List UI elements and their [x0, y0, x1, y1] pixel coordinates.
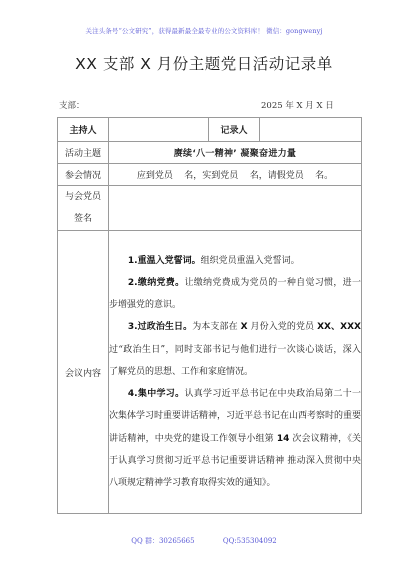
content-item-3-heading: 3.过政治生日。	[128, 322, 192, 332]
recorder-label: 记录人	[209, 118, 260, 142]
content-item-3-body-pre: 为本支部在	[192, 322, 240, 332]
signature-field[interactable]	[109, 186, 362, 231]
content-item-2: 2.缴纳党费。让缴纳党费成为党员的一种自觉习惯，进一步增强党的意识。	[109, 272, 361, 316]
table-row-topic: 活动主题 赓续‘八一精神’ 凝聚奋进力量	[58, 142, 362, 164]
table-row-attendance: 参会情况 应到党员 名，实到党员 名，请假党员 名。	[58, 164, 362, 186]
branch-label: 支部：	[59, 99, 85, 111]
content-item-2-heading: 2.缴纳党费。	[128, 278, 185, 288]
host-label: 主持人	[58, 118, 109, 142]
table-row-host: 主持人 记录人	[58, 118, 362, 142]
content-label: 会议内容	[58, 231, 109, 514]
page-title: XX 支部 X 月份主题党日活动记录单	[0, 52, 408, 74]
record-date: 2025 年 X 月 X 日	[261, 99, 334, 111]
content-item-4-number: 14	[277, 434, 290, 444]
content-item-1-heading: 1.重温入党誓词。	[128, 256, 201, 266]
content-item-4-heading: 4.集中学习。	[128, 389, 185, 399]
host-field[interactable]	[109, 118, 209, 142]
recorder-field[interactable]	[260, 118, 362, 142]
content-item-1-body: 组织党员重温入党誓词。	[201, 256, 300, 266]
contact-footer: QQ 群：30265665 QQ:535304092	[0, 536, 408, 546]
promo-header: 关注头条号“公文研究”，获得最新最全最专业的公文资料库！ 微信：gongweny…	[0, 26, 408, 35]
content-item-3: 3.过政治生日。为本支部在 X 月份入党的党员 XX、XXX 过“政治生日”，同…	[109, 316, 361, 383]
topic-value[interactable]: 赓续‘八一精神’ 凝聚奋进力量	[109, 142, 362, 164]
content-item-3-body-mid: 月份入党的党员	[248, 322, 318, 332]
table-row-content: 会议内容 1.重温入党誓词。组织党员重温入党誓词。 2.缴纳党费。让缴纳党费成为…	[58, 231, 362, 514]
content-item-4: 4.集中学习。认真学习近平总书记在中央政治局第二十一次集体学习时重要讲话精神，习…	[109, 383, 361, 494]
table-row-signature: 与会党员 签名	[58, 186, 362, 231]
content-item-3-body-post: 过“政治生日”，同时支部书记与他们进行一次谈心谈话，深入了解党员的思想、工作和家…	[109, 345, 361, 377]
content-item-3-month: X	[241, 322, 248, 332]
activity-record-table: 主持人 记录人 活动主题 赓续‘八一精神’ 凝聚奋进力量 参会情况 应到党员 名…	[57, 117, 362, 514]
topic-label: 活动主题	[58, 142, 109, 164]
qq-group-number: QQ 群：30265665	[131, 536, 194, 546]
attendance-value[interactable]: 应到党员 名，实到党员 名，请假党员 名。	[109, 164, 362, 186]
attendance-label: 参会情况	[58, 164, 109, 186]
signature-label-line1: 与会党员	[58, 186, 108, 208]
signature-label-line2: 签名	[58, 208, 108, 230]
signature-label: 与会党员 签名	[58, 186, 109, 231]
meta-row: 支部： 2025 年 X 月 X 日	[59, 99, 359, 113]
meeting-content[interactable]: 1.重温入党誓词。组织党员重温入党誓词。 2.缴纳党费。让缴纳党费成为党员的一种…	[109, 231, 362, 514]
qq-number: QQ:535304092	[223, 537, 277, 545]
content-item-1: 1.重温入党誓词。组织党员重温入党誓词。	[109, 250, 361, 272]
content-item-3-names: XX、XXX	[317, 322, 361, 332]
